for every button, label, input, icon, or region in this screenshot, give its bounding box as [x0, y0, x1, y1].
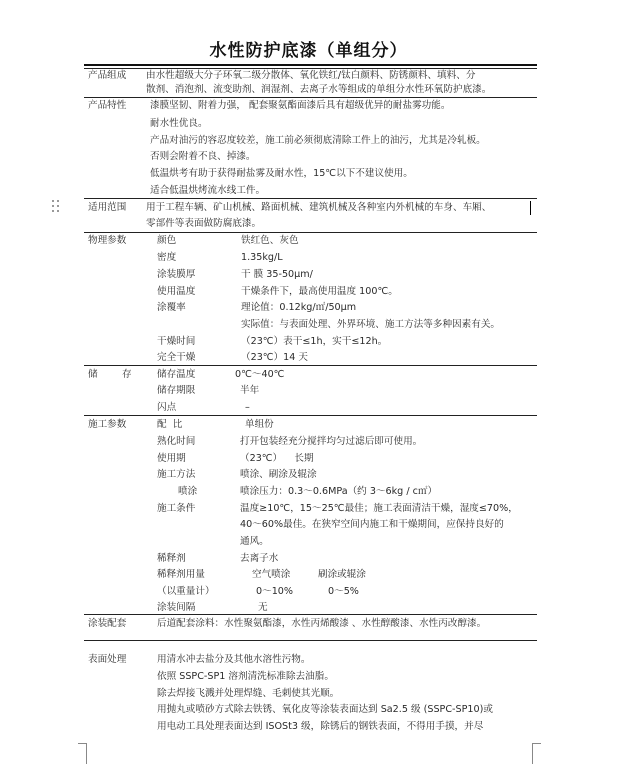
page-corner-mark	[532, 743, 541, 764]
param-key: 施工方法	[157, 468, 195, 481]
divider	[84, 97, 537, 98]
text-line: 后道配套涂料：水性聚氨酯漆，水性丙烯酸漆 、水性醇酸漆、水性丙改醇漆。	[157, 617, 486, 630]
param-value: 无	[258, 601, 268, 614]
text-cursor	[530, 201, 531, 215]
param-value: 去离子水	[240, 552, 278, 565]
text-line: 低温烘考有助于获得耐盐雾及耐水性，15℃以下不建议使用。	[150, 167, 413, 180]
text-line: 产品对油污的容忍度较差，施工前必须彻底清除工件上的油污，尤其是冷轧板。	[150, 134, 486, 147]
param-key: 稀释剂	[157, 552, 186, 565]
param-key: 熟化时间	[157, 435, 195, 448]
param-value: （23℃） 长期	[240, 452, 314, 465]
param-value: 喷涂压力：0.3～0.6MPa（约 3～6kg / c㎡）	[240, 485, 437, 498]
param-value: 理论值：0.12kg/㎡/50μm	[241, 301, 356, 314]
param-key: 涂覆率	[157, 301, 186, 314]
section-label-features: 产品特性	[88, 99, 126, 112]
text-line: 由水性超级大分子环氧二级分散体、氧化铁红/钛白颜料、防锈颜料、填料、分	[146, 69, 475, 82]
text-line: 漆膜坚韧、附着力强， 配套聚氨酯面漆后具有超级优异的耐盐雾功能。	[150, 99, 450, 112]
param-key: 涂装膜厚	[157, 268, 195, 281]
section-label-storage: 储 存	[88, 368, 132, 381]
text-line: 否则会附着不良、掉漆。	[150, 150, 256, 163]
param-value: （23℃）表干≤1h，实干≤12h。	[241, 335, 387, 348]
param-value: 打开包装经充分搅拌均匀过滤后即可使用。	[240, 435, 422, 448]
section-label-surface: 表面处理	[88, 653, 126, 666]
section-label-matching: 涂装配套	[88, 617, 126, 630]
param-value: 喷涂、刷涂及辊涂	[240, 468, 317, 481]
param-value: 0～10%	[256, 585, 293, 598]
section-label-scope: 适用范围	[88, 201, 126, 214]
param-value: 单组份	[245, 418, 274, 431]
param-value: 通风。	[240, 535, 269, 548]
text-line: 用电动工具处理表面达到 ISOSt3 级，除锈后的钢铁表面，不得用手摸，并尽	[157, 720, 483, 733]
text-line: 零部件等表面做防腐底漆。	[146, 217, 261, 230]
param-key: 使用温度	[157, 285, 195, 298]
param-key: 储存期限	[157, 384, 195, 397]
section-label-application: 施工参数	[88, 418, 126, 431]
param-key: 喷涂	[178, 485, 197, 498]
text-line: 用于工程车辆、矿山机械、路面机械、建筑机械及各种室内外机械的车身、车厢、	[146, 201, 491, 214]
text-line: 散剂、消泡剂、流变助剂、润湿剂、去离子水等组成的单组分水性环氧防护底漆。	[146, 83, 491, 96]
section-label-physical: 物理参数	[88, 234, 126, 247]
param-value-2: 刷涂或辊涂	[318, 568, 366, 581]
param-key: 配 比	[157, 418, 182, 431]
param-key: （以重量计）	[157, 585, 215, 598]
param-key: 使用期	[157, 452, 186, 465]
divider	[84, 64, 537, 66]
param-value: 温度≥10℃，15～25℃最佳；施工表面清洁干燥，湿度≤70%，	[240, 502, 518, 515]
divider	[84, 415, 537, 416]
param-key: 完全干燥	[157, 351, 195, 364]
table-move-handle[interactable]	[52, 200, 62, 214]
section-label-composition: 产品组成	[88, 69, 126, 82]
param-value: 1.35kg/L	[241, 251, 283, 264]
divider	[84, 198, 537, 199]
param-value: 40～60%最佳。在狭窄空间内施工和干燥期间，应保持良好的	[240, 518, 504, 531]
param-key: 涂装间隔	[157, 601, 195, 614]
param-value: 干 膜 35-50μm/	[241, 268, 313, 281]
divider	[84, 640, 537, 641]
param-key: 稀释剂用量	[157, 568, 205, 581]
param-value-2: 0～5%	[328, 585, 359, 598]
text-line: 除去焊接飞溅并处理焊缝、毛刺使其光顺。	[157, 687, 339, 700]
param-key: 施工条件	[157, 502, 195, 515]
param-key: 颜色	[157, 234, 176, 247]
param-key: 闪点	[157, 401, 176, 414]
text-line: 依照 SSPC-SP1 溶剂清洗标准除去油脂。	[157, 670, 334, 683]
text-line: 适合低温烘烤流水线工件。	[150, 184, 265, 197]
param-key: 干燥时间	[157, 335, 195, 348]
param-value: 干燥条件下，最高使用温度 100℃。	[241, 285, 398, 298]
param-value: （23℃）14 天	[241, 351, 308, 364]
param-value: 半年	[240, 384, 259, 397]
page-title: 水性防护底漆（单组分）	[0, 36, 617, 61]
param-value: 0℃～40℃	[235, 368, 284, 381]
divider	[84, 614, 537, 615]
param-value: 空气喷涂	[252, 568, 290, 581]
page-corner-mark	[78, 743, 87, 764]
param-value: 实际值：与表面处理、外界环境、施工方法等多种因素有关。	[241, 318, 500, 331]
param-key: 储存温度	[157, 368, 195, 381]
text-line: 用清水冲去盐分及其他水溶性污物。	[157, 653, 311, 666]
param-key: 密度	[157, 251, 176, 264]
divider	[84, 232, 537, 233]
divider	[84, 365, 537, 366]
param-value: –	[245, 401, 250, 414]
text-line: 用抛丸或喷砂方式除去铁锈、氧化皮等涂装表面达到 Sa2.5 级 (SSPC-SP…	[157, 703, 493, 716]
text-line: 耐水性优良。	[150, 117, 208, 130]
param-value: 铁红色、灰色	[241, 234, 299, 247]
